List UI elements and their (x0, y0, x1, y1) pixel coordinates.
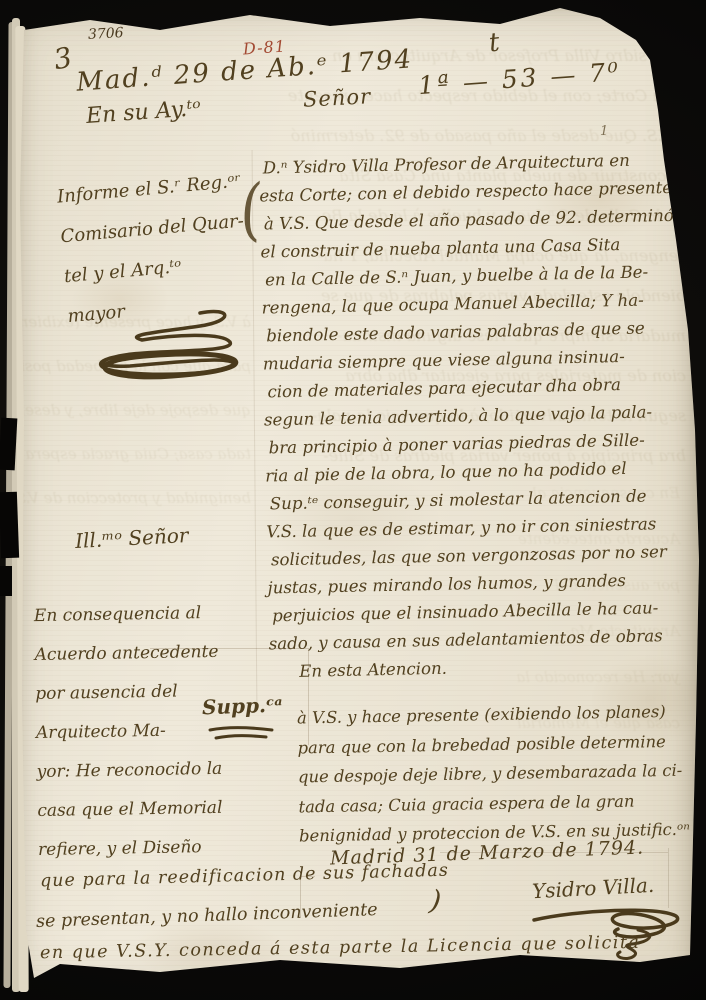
pencil-guide-line (440, 852, 668, 853)
photograph-background: D.ⁿ Ysidro Villa Profesor de Arquitectur… (0, 0, 706, 1000)
tiny-digit: 1 (600, 124, 608, 139)
salutation: Señor (302, 84, 371, 112)
text-line: casa que el Memorial (37, 788, 273, 831)
supplication-body: à V.S. y hace presente (exibiendo los pl… (297, 697, 696, 852)
pencil-guide-bracket (300, 876, 315, 917)
closing-paren-mark: ) (428, 883, 443, 917)
binding-gap (0, 418, 17, 471)
rubric-flourish (80, 305, 255, 373)
text-line: En consequencia al (34, 593, 270, 636)
report-bottom-line: en que V.S.Y. conceda á esta parte la Li… (40, 933, 641, 963)
manuscript-page: D.ⁿ Ysidro Villa Profesor de Arquitectur… (0, 0, 706, 1000)
pencil-guide-box (150, 648, 309, 745)
ghost-text-line: benignidad y proteccion de V.S. en su ju… (26, 476, 251, 520)
signature-name: Ysidro Villa. (531, 873, 654, 903)
ghost-text-line: que despoje deje libre, y desembarazada … (26, 388, 251, 432)
text-line: yor: He reconocido la (36, 749, 272, 792)
council-note: En su Ay.ᵗᵒ (85, 96, 202, 129)
archival-number: 3706 (88, 25, 124, 43)
report-bottom-line: se presentan, y no hallo inconveniente (36, 900, 378, 932)
index-digit: 3 (51, 41, 74, 77)
cross-mark: t (487, 28, 501, 59)
pencil-guide-line (668, 848, 669, 908)
petition-body: D.ⁿ Ysidro Villa Profesor de Arquitectur… (258, 146, 699, 687)
binding-gap (0, 492, 19, 559)
ghost-text-line: tada casa; Cuia gracia espera de la gran (26, 432, 251, 476)
report-heading: Ill.ᵐᵒ Señor (74, 523, 189, 553)
binding-gap (0, 566, 12, 596)
text-line: refiere, y el Diseño (38, 827, 274, 870)
